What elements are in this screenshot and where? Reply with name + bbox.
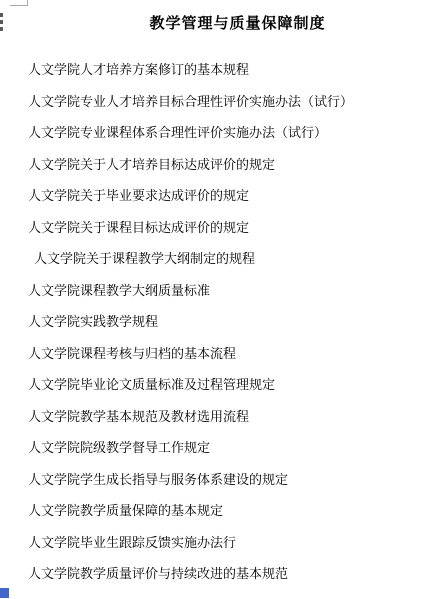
regulation-list: 人文学院人才培养方案修订的基本规程 人文学院专业人才培养目标合理性评价实施办法（… [28, 54, 435, 590]
regulation-item: 人文学院院级教学督导工作规定 [28, 432, 435, 464]
regulation-item: 人文学院毕业生跟踪反馈实施办法行 [28, 527, 435, 559]
regulation-item: 人文学院关于人才培养目标达成评价的规定 [28, 149, 435, 181]
regulation-item: 人文学院教学质量保障的基本规定 [28, 495, 435, 527]
regulation-item: 人文学院课程考核与归档的基本流程 [28, 338, 435, 370]
page-margin-corner-mark [10, 0, 28, 6]
regulation-item: 人文学院关于课程教学大纲制定的规程 [28, 243, 435, 275]
document-page[interactable]: 教学管理与质量保障制度 人文学院人才培养方案修订的基本规程 人文学院专业人才培养… [0, 0, 435, 599]
regulation-item: 人文学院专业人才培养目标合理性评价实施办法（试行） [28, 86, 435, 118]
regulation-item: 人文学院人才培养方案修订的基本规程 [28, 54, 435, 86]
blue-corner-marker [0, 588, 9, 598]
regulation-item: 人文学院关于课程目标达成评价的规定 [28, 212, 435, 244]
regulation-item: 人文学院教学基本规范及教材选用流程 [28, 401, 435, 433]
regulation-item: 人文学院专业课程体系合理性评价实施办法（试行） [28, 117, 435, 149]
regulation-item: 人文学院课程教学大纲质量标准 [28, 275, 435, 307]
regulation-item: 人文学院关于毕业要求达成评价的规定 [28, 180, 435, 212]
regulation-item: 人文学院学生成长指导与服务体系建设的规定 [28, 464, 435, 496]
document-title: 教学管理与质量保障制度 [0, 15, 435, 33]
regulation-item: 人文学院实践教学规程 [28, 306, 435, 338]
regulation-item: 人文学院教学质量评价与持续改进的基本规范 [28, 558, 435, 590]
regulation-item: 人文学院毕业论文质量标准及过程管理规定 [28, 369, 435, 401]
